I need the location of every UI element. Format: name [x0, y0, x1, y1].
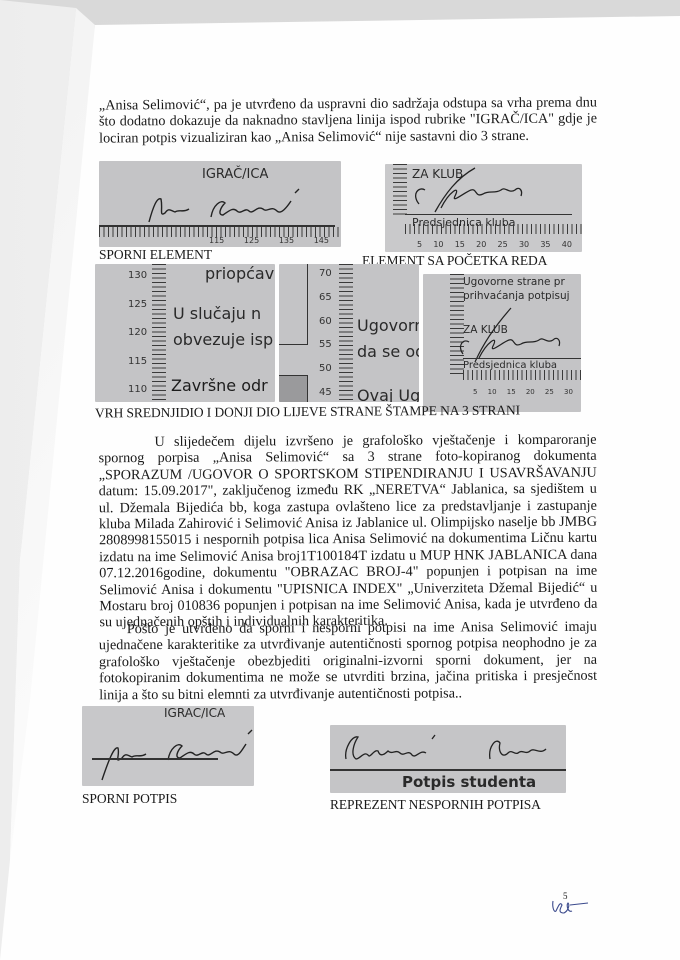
exhibit-disputed-element: IGRAČ/ICA 115 125 135 145 [99, 161, 341, 247]
potpis-studenta-label: Potpis studenta [402, 773, 536, 791]
crop-text-line: priopćav [205, 264, 274, 283]
paragraph-analysis: U slijedečem dijelu izvršeno je grafološ… [98, 432, 597, 631]
disputed-signature-scribble [141, 187, 341, 227]
ruler-horizontal [463, 370, 581, 388]
ruler-vertical [152, 264, 166, 402]
crop-text-line: Ugovorn [357, 316, 419, 335]
ruler-labels: 5 10 15 20 25 30 35 40 [417, 240, 572, 249]
paragraph-conclusion: Pošto je utvrđeno da sporni i nesporni p… [99, 619, 597, 704]
crop-text-line: prihvaćanja potpisuj [463, 290, 570, 302]
signature-line [463, 358, 581, 359]
crop-text-line: da se od [357, 342, 419, 361]
crop-text-line: obvezuje isp [173, 330, 273, 349]
handwritten-initials [550, 897, 590, 922]
crop-text-line: U slučaju n [173, 304, 261, 323]
exhibit-middle-crop: 70 65 60 55 50 45 Ugovorn da se od Ovaj … [279, 264, 419, 402]
table-cell-shaded [279, 375, 308, 402]
crop-text-line: Završne odr [171, 376, 268, 395]
signature-line [92, 758, 218, 760]
club-signature-scribble [453, 304, 581, 364]
undisputed-signature-scribble [340, 729, 560, 769]
caption-top-middle-bottom: VRH SREDNJIDIO I DONJI DIO LIJEVE STRANE… [95, 403, 520, 422]
paragraph-analysis-text: U slijedečem dijelu izvršeno je grafološ… [99, 432, 598, 631]
caption-undisputed-signature: REPREZENT NESPORNIH POTPISA [330, 797, 541, 813]
signature-line [405, 214, 572, 215]
caption-disputed-element: SPORNI ELEMENT [99, 247, 212, 263]
signature-line [330, 769, 566, 771]
exhibit-top-crop: 130 125 120 115 110 priopćav U slučaju n… [95, 264, 275, 402]
exhibit-undisputed-signature: Potpis studenta [330, 725, 566, 793]
exhibit-bottom-crop: Ugovorne strane pr prihvaćanja potpisuj … [423, 274, 581, 412]
ruler-labels: 70 65 60 55 50 45 [319, 268, 332, 398]
ruler-vertical [339, 264, 353, 402]
crop-text-line: Ugovorne strane pr [463, 276, 565, 288]
ruler-labels: 115 125 135 145 [209, 236, 329, 245]
igrac-label: IGRAČ/ICA [202, 167, 268, 182]
crop-text-line: Ovaj Ugo [357, 386, 419, 402]
igrac-label: IGRAC/ICA [164, 706, 225, 720]
disputed-signature-scribble [88, 726, 254, 786]
caption-disputed-signature: SPORNI POTPIS [82, 791, 177, 807]
ruler-labels: 130 125 120 115 110 [128, 270, 147, 395]
paragraph-conclusion-text: Pošto je utvrđeno da sporni i nesporni p… [99, 619, 597, 703]
exhibit-start-of-row: ZA KLUB Predsjednica kluba 5 10 15 20 25… [385, 164, 582, 252]
table-border [279, 264, 308, 345]
exhibit-disputed-signature: IGRAC/ICA [82, 706, 254, 786]
ruler-labels: 5 10 15 20 25 30 [473, 388, 573, 396]
paragraph-intro: „Anisa Selimović“, pa je utvrđeno da usp… [99, 94, 597, 146]
club-signature-scribble [405, 164, 565, 219]
